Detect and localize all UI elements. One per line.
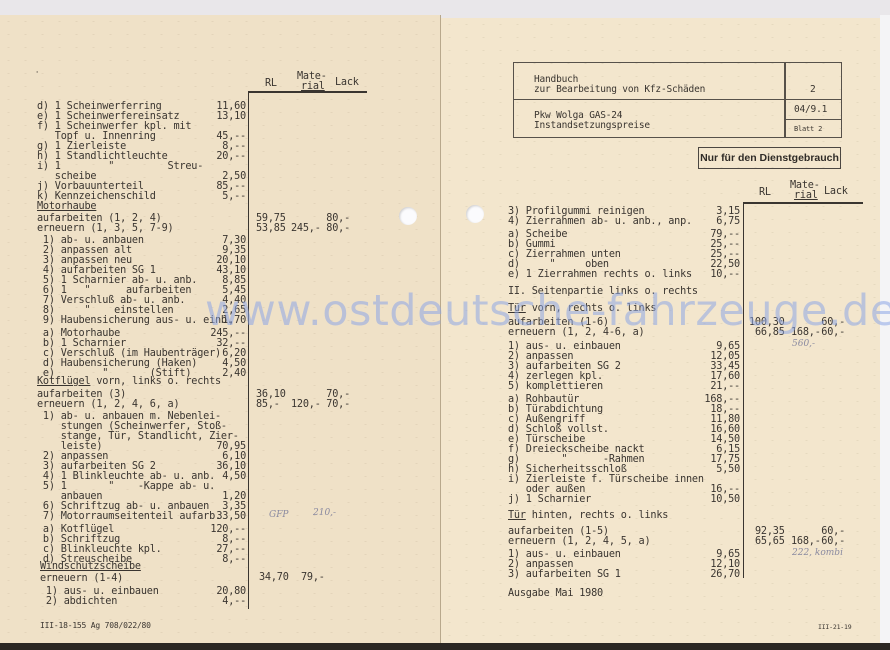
op-material: 245,- [291, 224, 321, 234]
col-header-rl: RL [265, 79, 277, 89]
op-lack: 70,- [320, 400, 350, 410]
work-price: 26,70 [680, 570, 740, 580]
op-label: erneuern (1, 3, 5, 7-9) [37, 224, 173, 234]
item-price: 6,75 [680, 217, 740, 227]
header-code: 04/9.1 [794, 105, 827, 115]
section-title-row: Tür hinten, rechts o. links [508, 511, 668, 521]
op-rl: 65,65 [755, 537, 785, 547]
work-price: 4,-- [190, 597, 246, 607]
part-price: 8,-- [190, 555, 246, 565]
handwritten-note: 210,- [313, 508, 336, 518]
op-label: erneuern (1, 2, 4, 6, a) [37, 400, 179, 410]
left-footer-code: III-18-155 Ag 708/022/80 [40, 621, 151, 631]
section-title-rest: hinten, rechts o. links [526, 510, 668, 521]
header-rule [248, 91, 367, 93]
header-blatt: Blatt 2 [794, 124, 822, 134]
op-label: erneuern (1, 2, 4, 5, a) [508, 537, 650, 547]
header-box: Handbuch zur Bearbeitung von Kfz-Schäden… [513, 62, 842, 138]
work-price: 33,50 [190, 512, 246, 522]
header-sub-divider [785, 119, 841, 120]
header-rule [743, 202, 863, 204]
op-rl: 34,70 [259, 573, 289, 583]
op-label: erneuern (1-4) [40, 574, 123, 584]
op-rl: 53,85 [256, 224, 286, 234]
page-mark: ' [35, 69, 39, 79]
part-price: 10,-- [680, 270, 740, 280]
op-lack: 60,- [813, 537, 845, 547]
section-title: Motorhaube [37, 202, 96, 212]
section-title-row: Kotflügel vorn, links o. rechts [37, 377, 221, 387]
work-label: 5) komplettieren [508, 382, 603, 392]
op-lack: 80,- [320, 224, 350, 234]
right-footer-code: III-21-19 [818, 622, 851, 632]
op-material: 79,- [301, 573, 325, 583]
watermark: www.ostdeutsche-fahrzeuge.de [205, 286, 890, 336]
punch-hole-left [399, 207, 417, 225]
col-header-lack: Lack [335, 78, 359, 88]
work-label: 3) aufarbeiten SG 1 [508, 570, 621, 580]
part-price: 10,50 [680, 495, 740, 505]
work-label: 2) abdichten [40, 597, 117, 607]
column-divider [248, 91, 249, 609]
part-label: e) 1 Zierrahmen rechts o. links [508, 270, 692, 280]
handwritten-note: 560,- [792, 339, 815, 349]
item-price: 13,10 [190, 112, 246, 122]
col-header-material-2: rial [794, 191, 818, 201]
handwritten-note: 222, kombi [792, 548, 843, 558]
col-header-rl: RL [759, 188, 771, 198]
column-divider [743, 202, 744, 578]
section-title: Kotflügel [37, 376, 90, 387]
handwritten-note: GFP [269, 510, 289, 520]
bottom-shadow [0, 643, 890, 650]
header-number: 2 [810, 85, 816, 95]
item-price: 5,-- [190, 192, 246, 202]
section-title: Tür [508, 510, 526, 521]
item-label: 4) Zierrahmen ab- u. anb., anp. [508, 217, 692, 227]
part-label: j) 1 Scharnier [508, 495, 591, 505]
work-price: 21,-- [680, 382, 740, 392]
header-subject-2: Instandsetzungspreise [534, 121, 650, 131]
op-material: 120,- [291, 400, 321, 410]
op-rl: 85,- [256, 400, 280, 410]
section-title: Windschutzscheibe [40, 562, 141, 572]
header-title-2: zur Bearbeitung von Kfz-Schäden [534, 85, 705, 95]
edition-note: Ausgabe Mai 1980 [508, 589, 603, 599]
punch-hole-right [466, 205, 484, 223]
restricted-stamp: Nur für den Dienstgebrauch [698, 147, 841, 169]
header-col-divider [784, 63, 786, 137]
col-header-lack: Lack [824, 187, 848, 197]
section-title-rest: vorn, links o. rechts [90, 376, 221, 387]
